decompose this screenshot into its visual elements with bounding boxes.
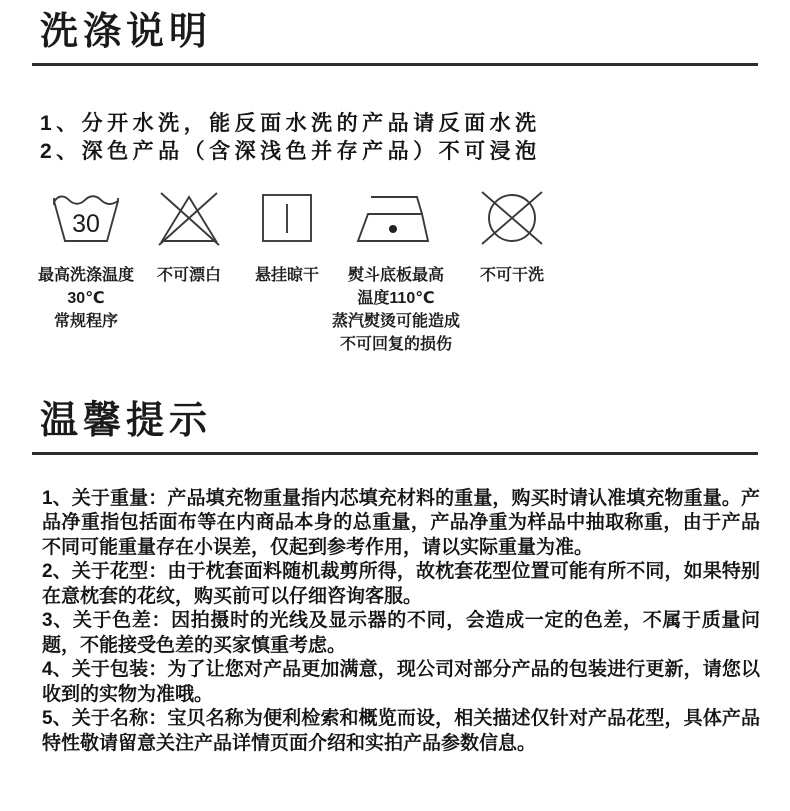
no-dry-clean-icon [469, 188, 555, 248]
care-col-wash-30: 30 最高洗涤温度 30℃ 常规程序 [34, 188, 138, 333]
wash-section: 洗涤说明 1、分开水洗，能反面水洗的产品请反面水洗 2、深色产品（含深浅色并存产… [0, 0, 790, 356]
tips-title: 温馨提示 [0, 402, 790, 442]
hang-dry-labels: 悬挂晾干 [255, 264, 319, 287]
wash-notes-list: 1、分开水洗，能反面水洗的产品请反面水洗 2、深色产品（含深浅色并存产品）不可浸… [40, 110, 770, 167]
tip-naming: 5、关于名称：宝贝名称为便利检索和概览而设，相关描述仅针对产品花型，具体产品特性… [42, 707, 760, 756]
tip-package: 4、关于包装：为了让您对产品更加满意，现公司对部分产品的包装进行更新，请您以收到… [42, 658, 760, 707]
care-instructions-page: 洗涤说明 1、分开水洗，能反面水洗的产品请反面水洗 2、深色产品（含深浅色并存产… [0, 0, 790, 811]
wash-divider [32, 63, 758, 66]
wash-note-2: 2、深色产品（含深浅色并存产品）不可浸泡 [40, 138, 770, 167]
care-col-no-bleach: 不可漂白 [138, 188, 240, 287]
care-col-hang-dry: 悬挂晾干 [240, 188, 334, 287]
tip-pattern: 2、关于花型：由于枕套面料随机裁剪所得，故枕套花型位置可能有所不同，如果特别在意… [42, 560, 760, 609]
wash-30-labels: 最高洗涤温度 30℃ 常规程序 [38, 264, 134, 333]
tips-divider [32, 452, 758, 455]
svg-text:30: 30 [72, 210, 100, 238]
hang-dry-icon [260, 188, 314, 248]
iron-110-icon [351, 188, 441, 248]
tips-section: 温馨提示 1、关于重量：产品填充物重量指内芯填充材料的重量，购买时请认准填充物重… [0, 402, 790, 756]
wash-note-1: 1、分开水洗，能反面水洗的产品请反面水洗 [40, 110, 770, 139]
care-col-iron: 熨斗底板最高 温度110℃ 蒸汽熨烫可能造成 不可回复的损伤 [334, 188, 458, 356]
wash-title: 洗涤说明 [0, 0, 790, 53]
no-dry-clean-labels: 不可干洗 [480, 264, 544, 287]
care-col-no-dry-clean: 不可干洗 [458, 188, 566, 287]
tips-paragraphs: 1、关于重量：产品填充物重量指内芯填充材料的重量，购买时请认准填充物重量。产品净… [42, 487, 760, 757]
tip-color: 3、关于色差：因拍摄时的光线及显示器的不同，会造成一定的色差，不属于质量问题，不… [42, 609, 760, 658]
no-bleach-labels: 不可漂白 [157, 264, 221, 287]
wash-30-icon: 30 [48, 188, 124, 248]
no-bleach-icon [153, 188, 225, 248]
tip-weight: 1、关于重量：产品填充物重量指内芯填充材料的重量，购买时请认准填充物重量。产品净… [42, 487, 760, 561]
care-icons-row: 30 最高洗涤温度 30℃ 常规程序 不可漂白 [0, 188, 790, 356]
iron-110-labels: 熨斗底板最高 温度110℃ 蒸汽熨烫可能造成 不可回复的损伤 [332, 264, 460, 356]
